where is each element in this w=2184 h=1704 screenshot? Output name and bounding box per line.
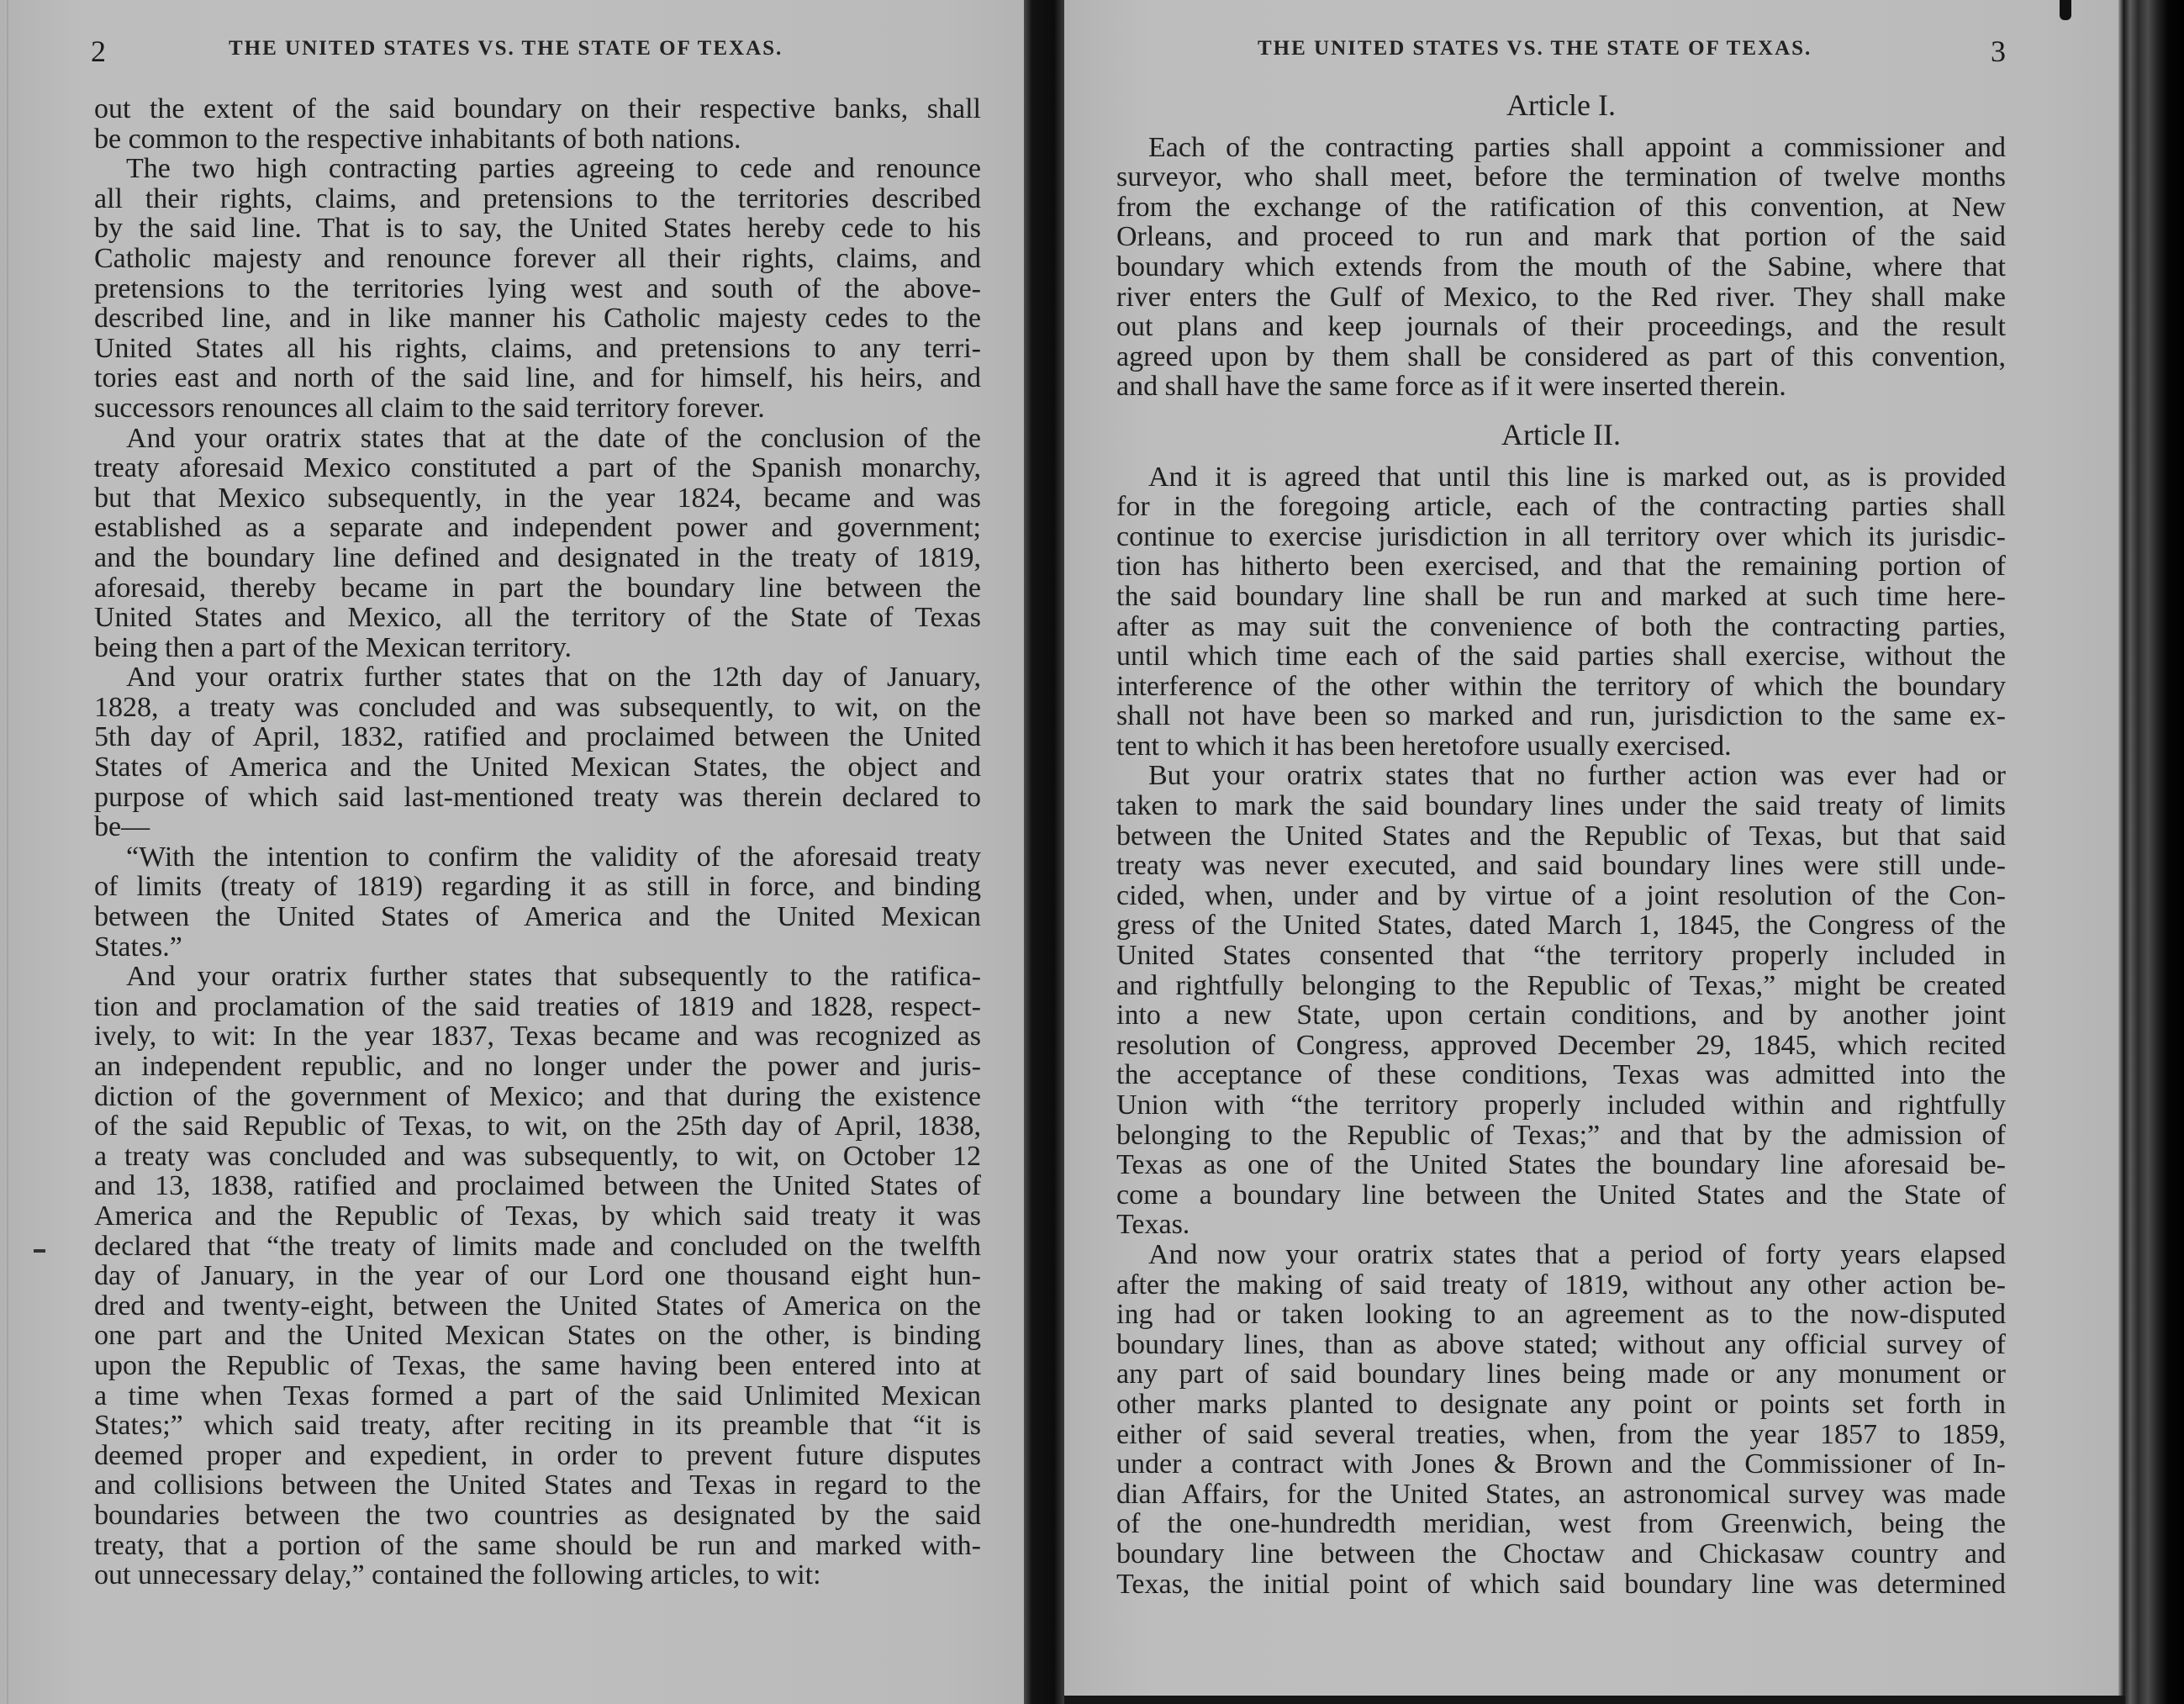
text-line: agreed upon by them shall be considered … bbox=[1116, 342, 2006, 372]
text-line: out the extent of the said boundary on t… bbox=[94, 94, 981, 124]
text-line: from the exchange of the ratification of… bbox=[1116, 193, 2006, 223]
text-line: established as a separate and independen… bbox=[94, 513, 981, 543]
text-line: day of January, in the year of our Lord … bbox=[94, 1261, 981, 1291]
text-line: Texas, the initial point of which said b… bbox=[1116, 1569, 2006, 1600]
text-line: be common to the respective inhabitants … bbox=[94, 124, 981, 155]
text-line: out unnecessary delay,” contained the fo… bbox=[94, 1560, 981, 1591]
text-line: ively, to wit: In the year 1837, Texas b… bbox=[94, 1021, 981, 1052]
text-line: treaty aforesaid Mexico constituted a pa… bbox=[94, 453, 981, 483]
text-line: tion has hitherto been exercised, and th… bbox=[1116, 551, 2006, 582]
text-line: and 13, 1838, ratified and proclaimed be… bbox=[94, 1171, 981, 1201]
text-line: resolution of Congress, approved Decembe… bbox=[1116, 1031, 2006, 1061]
book-edge-bottom bbox=[1064, 1696, 2125, 1704]
article-1-text: Each of the contracting parties shall ap… bbox=[1116, 133, 2006, 402]
text-line: of limits (treaty of 1819) regarding it … bbox=[94, 872, 981, 902]
text-line: a time when Texas formed a part of the s… bbox=[94, 1381, 981, 1411]
scanned-book-spread: 2 THE UNITED STATES VS. THE STATE OF TEX… bbox=[0, 0, 2184, 1704]
text-line: gress of the United States, dated March … bbox=[1116, 910, 2006, 941]
text-line: under a contract with Jones & Brown and … bbox=[1116, 1449, 2006, 1480]
text-line: treaty was never executed, and said boun… bbox=[1116, 851, 2006, 881]
text-line: surveyor, who shall meet, before the ter… bbox=[1116, 162, 2006, 193]
text-line: Texas as one of the United States the bo… bbox=[1116, 1150, 2006, 1180]
text-line: after the making of said treaty of 1819,… bbox=[1116, 1270, 2006, 1300]
text-line: the said boundary line shall be run and … bbox=[1116, 582, 2006, 612]
text-line: boundary line between the Choctaw and Ch… bbox=[1116, 1539, 2006, 1569]
text-line: Each of the contracting parties shall ap… bbox=[1116, 133, 2006, 163]
text-line: continue to exercise jurisdiction in all… bbox=[1116, 522, 2006, 552]
text-line: being then a part of the Mexican territo… bbox=[94, 633, 981, 663]
page-number-left: 2 bbox=[91, 34, 106, 69]
text-line: shall not have been so marked and run, j… bbox=[1116, 701, 2006, 731]
text-line: But your oratrix states that no further … bbox=[1116, 761, 2006, 791]
text-line: taken to mark the said boundary lines un… bbox=[1116, 791, 2006, 821]
page-number-right: 3 bbox=[1991, 34, 2006, 69]
text-line: for in the foregoing article, each of th… bbox=[1116, 492, 2006, 522]
text-line: tion and proclamation of the said treati… bbox=[94, 992, 981, 1022]
text-line: Orleans, and proceed to run and mark tha… bbox=[1116, 222, 2006, 252]
text-line: dred and twenty-eight, between the Unite… bbox=[94, 1291, 981, 1322]
text-line: United States and Mexico, all the territ… bbox=[94, 603, 981, 633]
left-page: 2 THE UNITED STATES VS. THE STATE OF TEX… bbox=[0, 0, 1024, 1704]
text-line: of the said Republic of Texas, to wit, o… bbox=[94, 1111, 981, 1142]
text-line: any part of said boundary lines being ma… bbox=[1116, 1359, 2006, 1390]
text-line: dian Affairs, for the United States, an … bbox=[1116, 1480, 2006, 1510]
text-line: and collisions between the United States… bbox=[94, 1470, 981, 1501]
text-line: Union with “the territory properly inclu… bbox=[1116, 1090, 2006, 1121]
text-line: States of America and the United Mexican… bbox=[94, 752, 981, 783]
text-line: the acceptance of these conditions, Texa… bbox=[1116, 1060, 2006, 1090]
text-line: And now your oratrix states that a perio… bbox=[1116, 1240, 2006, 1270]
text-line: And it is agreed that until this line is… bbox=[1116, 462, 2006, 493]
text-line: all their rights, claims, and pretension… bbox=[94, 184, 981, 214]
text-line: and the boundary line defined and design… bbox=[94, 543, 981, 573]
text-line: be— bbox=[94, 812, 981, 842]
text-line: either of said several treaties, when, f… bbox=[1116, 1420, 2006, 1450]
text-line: between the United States and the Republ… bbox=[1116, 821, 2006, 852]
text-line: other marks planted to designate any poi… bbox=[1116, 1390, 2006, 1420]
right-page: THE UNITED STATES VS. THE STATE OF TEXAS… bbox=[1064, 0, 2125, 1704]
text-line: “With the intention to confirm the valid… bbox=[94, 842, 981, 873]
article-2-heading: Article II. bbox=[1116, 420, 2006, 451]
text-line: into a new State, upon certain condition… bbox=[1116, 1000, 2006, 1031]
text-line: of the one-hundredth meridian, west from… bbox=[1116, 1509, 2006, 1539]
text-line: deemed proper and expedient, in order to… bbox=[94, 1441, 981, 1471]
text-line: America and the Republic of Texas, by wh… bbox=[94, 1201, 981, 1232]
right-page-body: Article I. Each of the contracting parti… bbox=[1116, 91, 2006, 1599]
text-line: And your oratrix further states that on … bbox=[94, 662, 981, 693]
text-line: successors renounces all claim to the sa… bbox=[94, 393, 981, 424]
text-line: tories east and north of the said line, … bbox=[94, 363, 981, 393]
text-line: And your oratrix states that at the date… bbox=[94, 424, 981, 454]
text-line: pretensions to the territories lying wes… bbox=[94, 274, 981, 304]
text-line: Texas. bbox=[1116, 1210, 2006, 1240]
text-line: declared that “the treaty of limits made… bbox=[94, 1232, 981, 1262]
text-line: and shall have the same force as if it w… bbox=[1116, 372, 2006, 402]
text-line: belonging to the Republic of Texas;” and… bbox=[1116, 1121, 2006, 1151]
text-line: and rightfully belonging to the Republic… bbox=[1116, 971, 2006, 1001]
text-line: States;” which said treaty, after reciti… bbox=[94, 1411, 981, 1441]
text-line: between the United States of America and… bbox=[94, 902, 981, 932]
text-line: one part and the United Mexican States o… bbox=[94, 1321, 981, 1351]
text-line: United States consented that “the territ… bbox=[1116, 941, 2006, 971]
corner-mark bbox=[2060, 0, 2071, 20]
article-1-heading: Article I. bbox=[1116, 91, 2006, 121]
text-line: And your oratrix further states that sub… bbox=[94, 962, 981, 992]
text-line: interference of the other within the ter… bbox=[1116, 672, 2006, 702]
page-edge-line bbox=[7, 0, 8, 1704]
text-line: boundary lines, than as above stated; wi… bbox=[1116, 1330, 2006, 1360]
text-line: river enters the Gulf of Mexico, to the … bbox=[1116, 282, 2006, 313]
book-gutter bbox=[1024, 0, 1064, 1704]
running-head-left: THE UNITED STATES VS. THE STATE OF TEXAS… bbox=[229, 37, 783, 71]
text-line: cided, when, under and by virtue of a jo… bbox=[1116, 881, 2006, 911]
text-line: a treaty was concluded and was subsequen… bbox=[94, 1142, 981, 1172]
text-line: aforesaid, thereby became in part the bo… bbox=[94, 573, 981, 604]
text-line: after as may suit the convenience of bot… bbox=[1116, 612, 2006, 642]
text-line: upon the Republic of Texas, the same hav… bbox=[94, 1351, 981, 1381]
text-line: The two high contracting parties agreein… bbox=[94, 154, 981, 184]
text-line: Catholic majesty and renounce forever al… bbox=[94, 244, 981, 274]
text-line: boundary which extends from the mouth of… bbox=[1116, 252, 2006, 282]
text-line: ing had or taken looking to an agreement… bbox=[1116, 1300, 2006, 1330]
text-line: 5th day of April, 1832, ratified and pro… bbox=[94, 722, 981, 752]
text-line: United States all his rights, claims, an… bbox=[94, 334, 981, 364]
running-head-right: THE UNITED STATES VS. THE STATE OF TEXAS… bbox=[1258, 37, 1812, 71]
text-line: boundaries between the two countries as … bbox=[94, 1501, 981, 1531]
text-line: described line, and in like manner his C… bbox=[94, 303, 981, 334]
text-line: treaty, that a portion of the same shoul… bbox=[94, 1531, 981, 1561]
book-edge-right bbox=[2118, 0, 2184, 1704]
text-line: but that Mexico subsequently, in the yea… bbox=[94, 483, 981, 514]
text-line: tent to which it has been heretofore usu… bbox=[1116, 731, 2006, 762]
text-line: an independent republic, and no longer u… bbox=[94, 1052, 981, 1082]
text-line: by the said line. That is to say, the Un… bbox=[94, 214, 981, 244]
text-line: out plans and keep journals of their pro… bbox=[1116, 312, 2006, 342]
text-line: purpose of which said last-mentioned tre… bbox=[94, 783, 981, 813]
text-line: States.” bbox=[94, 932, 981, 963]
article-2-text: And it is agreed that until this line is… bbox=[1116, 462, 2006, 1600]
text-line: 1828, a treaty was concluded and was sub… bbox=[94, 693, 981, 723]
margin-mark bbox=[34, 1249, 45, 1253]
text-line: diction of the government of Mexico; and… bbox=[94, 1082, 981, 1112]
left-page-body: out the extent of the said boundary on t… bbox=[94, 94, 981, 1591]
text-line: come a boundary line between the United … bbox=[1116, 1180, 2006, 1211]
text-line: until which time each of the said partie… bbox=[1116, 641, 2006, 672]
